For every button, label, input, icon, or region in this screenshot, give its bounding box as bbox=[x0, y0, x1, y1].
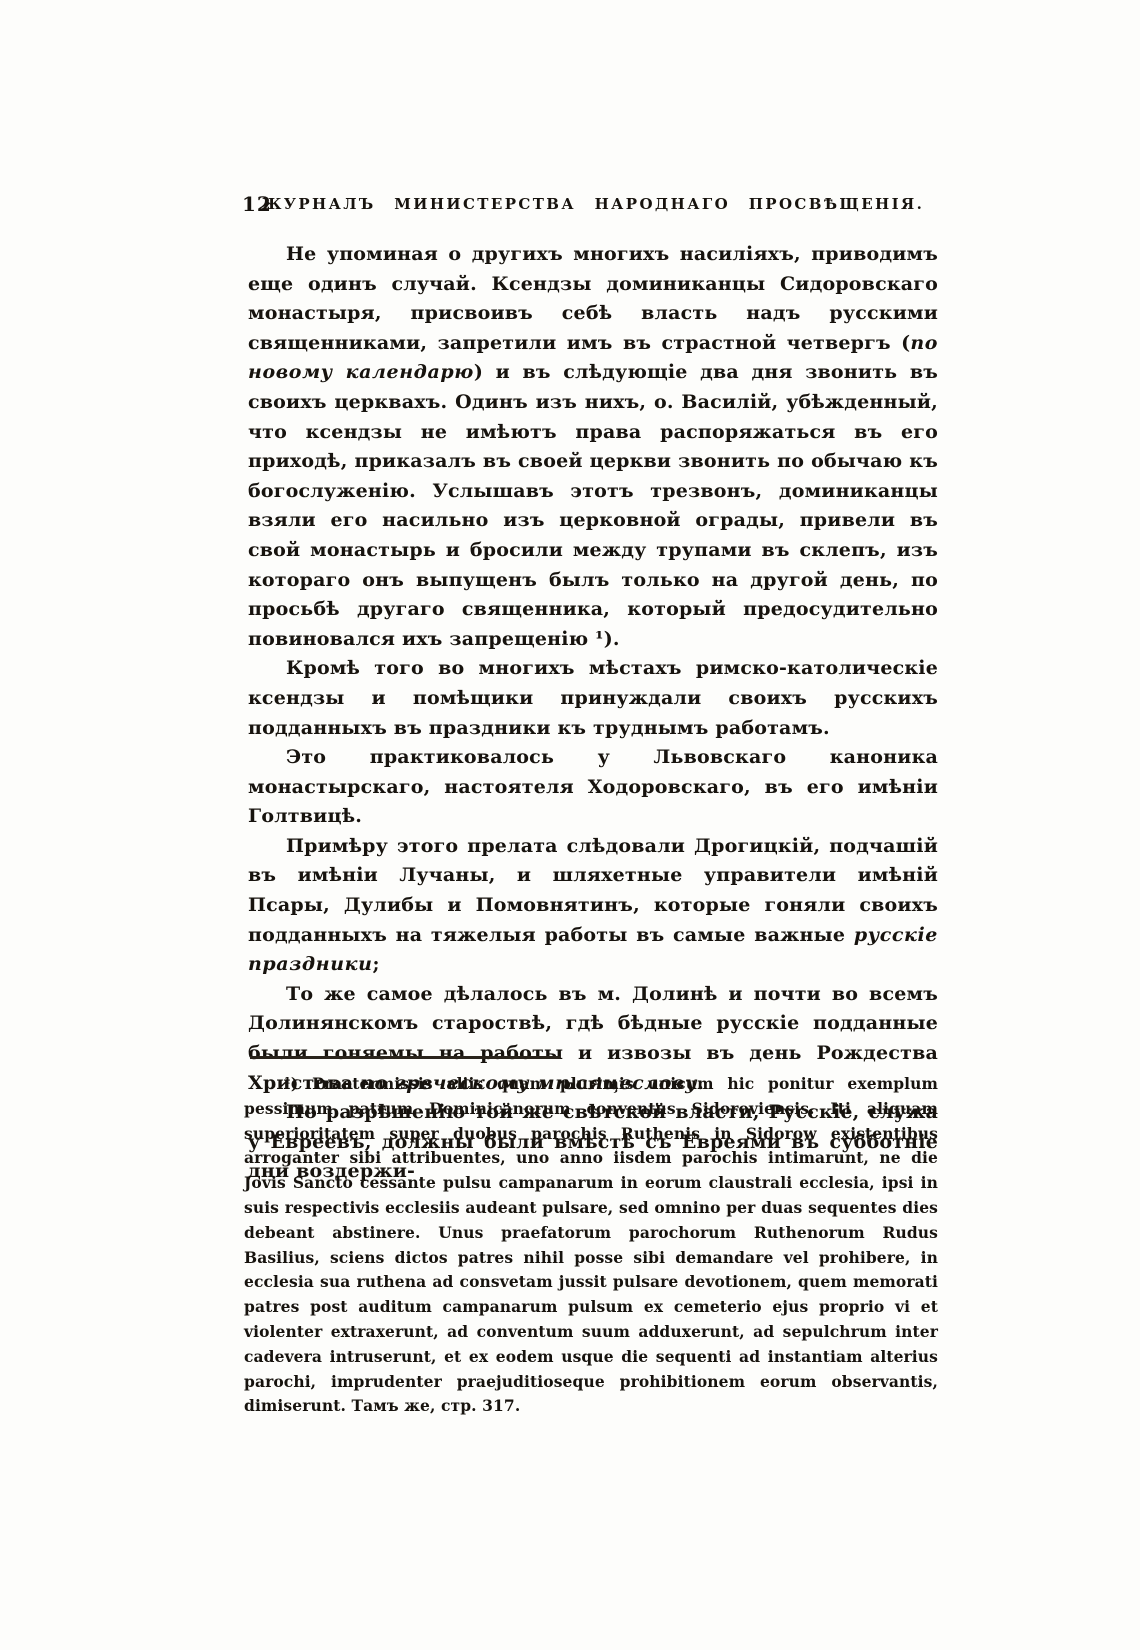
paragraph: Кромѣ того во многихъ мѣстахъ римско-кат… bbox=[248, 654, 938, 743]
text-run: Кромѣ того во многихъ мѣстахъ римско-кат… bbox=[248, 657, 938, 738]
journal-header-title: ЖУРНАЛЪ МИНИСТЕРСТВА НАРОДНАГО ПРОСВѢЩЕН… bbox=[248, 192, 938, 213]
text-run: Это практиковалось у Львовскаго каноника… bbox=[248, 746, 938, 827]
paragraph: Не упоминая о другихъ многихъ насиліяхъ,… bbox=[248, 240, 938, 654]
paragraph: Это практиковалось у Львовскаго каноника… bbox=[248, 743, 938, 832]
paragraph: Примѣру этого прелата слѣдовали Дрогицкі… bbox=[248, 832, 938, 980]
footnote-separator-rule bbox=[250, 1056, 560, 1059]
page-header: 12 ЖУРНАЛЪ МИНИСТЕРСТВА НАРОДНАГО ПРОСВѢ… bbox=[248, 192, 938, 220]
text-run: ) и въ слѣдующіе два дня звонить въ свои… bbox=[248, 361, 938, 649]
text-run: Не упоминая о другихъ многихъ насиліяхъ,… bbox=[248, 243, 938, 354]
scanned-book-page: 12 ЖУРНАЛЪ МИНИСТЕРСТВА НАРОДНАГО ПРОСВѢ… bbox=[0, 0, 1140, 1650]
page-number: 12 bbox=[242, 192, 272, 216]
text-run: Примѣру этого прелата слѣдовали Дрогицкі… bbox=[248, 835, 938, 946]
body-text: Не упоминая о другихъ многихъ насиліяхъ,… bbox=[248, 240, 938, 1187]
text-run: ¹) Praetermissis aliis quam plurimis uni… bbox=[244, 1074, 938, 1415]
text-run: ; bbox=[372, 953, 379, 975]
footnote-text: ¹) Praetermissis aliis quam plurimis uni… bbox=[244, 1072, 938, 1419]
paragraph: ¹) Praetermissis aliis quam plurimis uni… bbox=[244, 1072, 938, 1419]
